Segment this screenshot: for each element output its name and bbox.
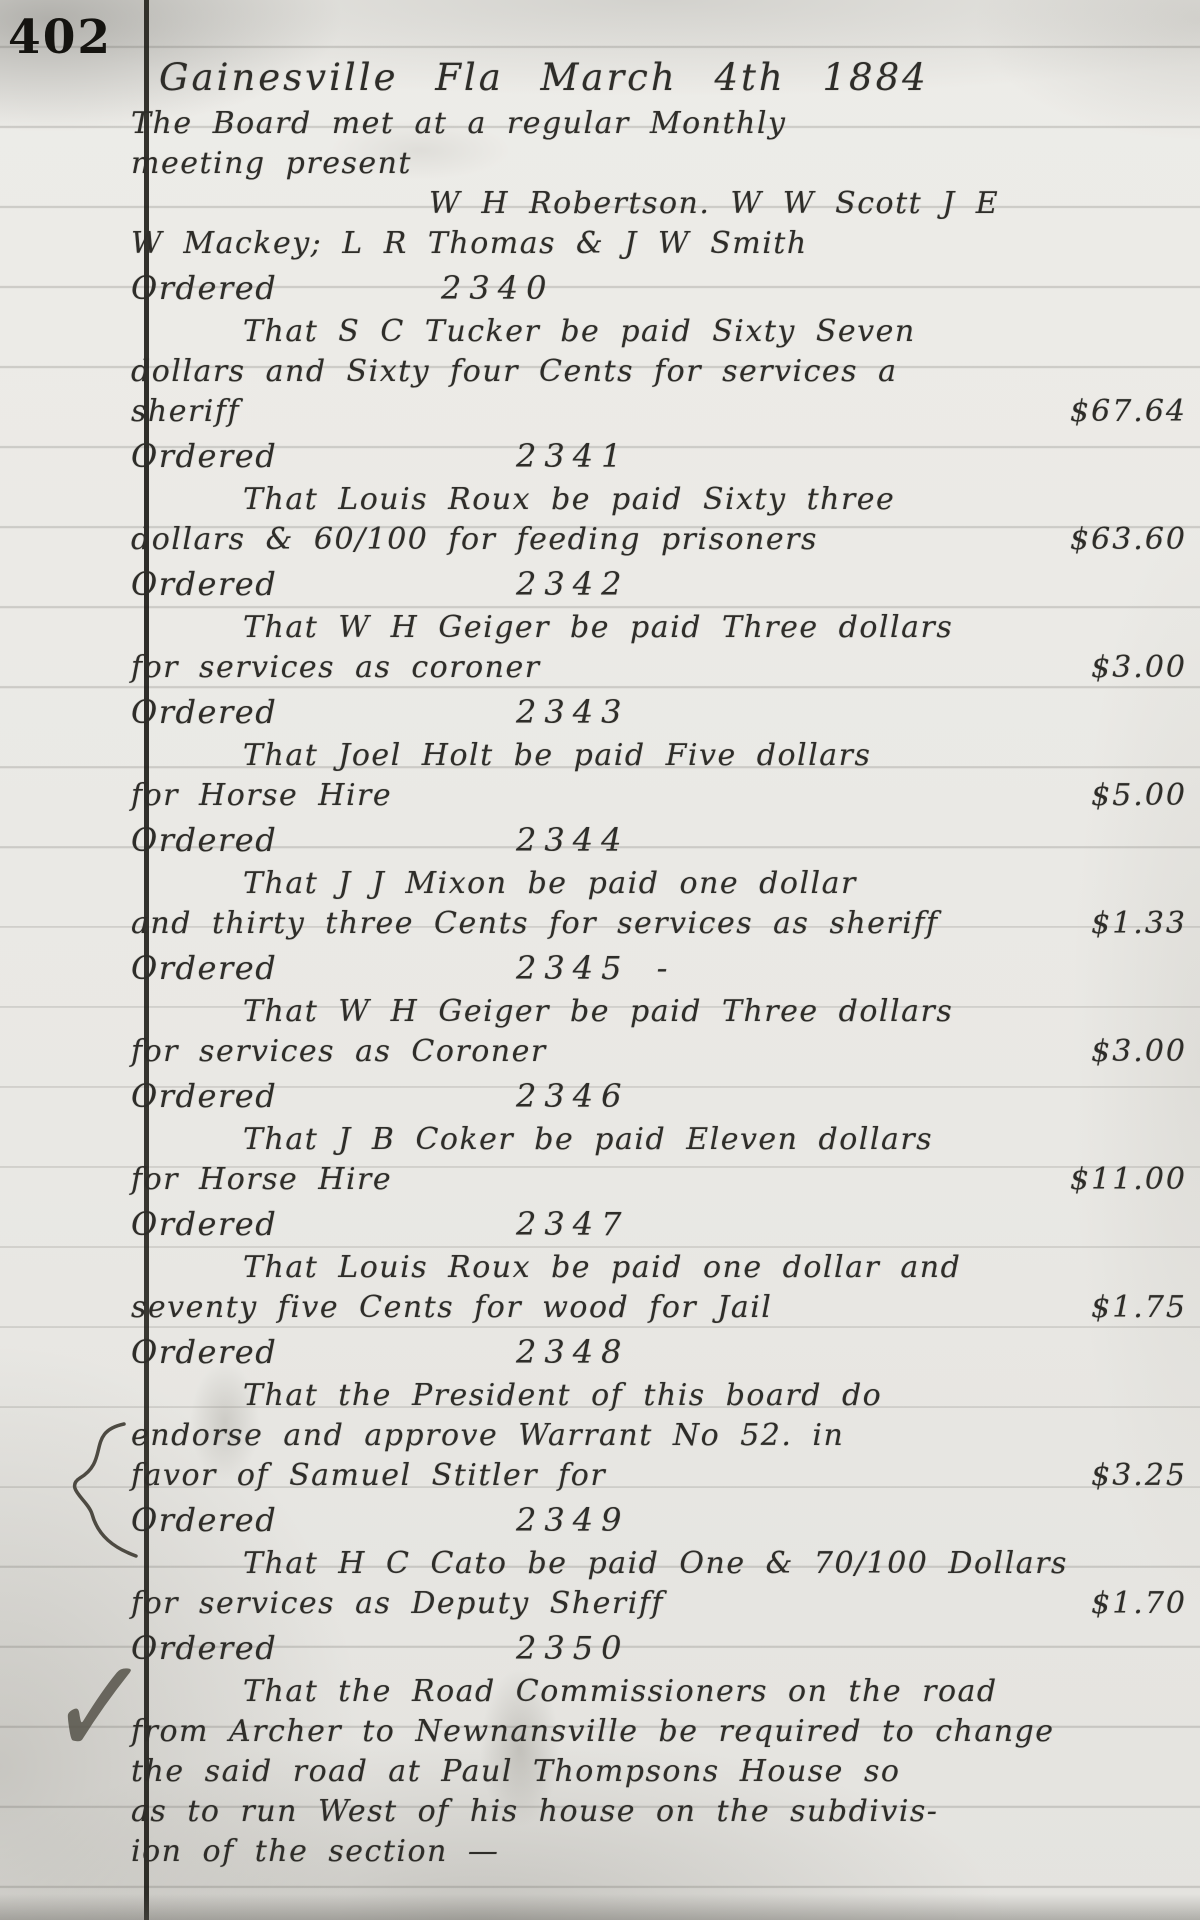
order-header: Ordered2348 [131,1330,1173,1374]
order-header: Ordered2349 [131,1498,1173,1542]
order-label: Ordered [131,821,277,859]
entry-text-line: That Joel Holt be paid Five dollars [131,736,1173,776]
order-entry-body: That W H Geiger be paid Three dollarsfor… [131,608,1173,688]
order-label: Ordered [131,1077,277,1115]
entry-amount: $63.60 [1070,520,1187,560]
order-number: 2343 [516,690,629,734]
entry-text-line: That the Road Commissioners on the road [131,1672,1173,1712]
order-entry-body: That J J Mixon be paid one dollarand thi… [131,864,1173,944]
margin-check-mark: ✓ [45,1631,154,1786]
entry-text-line: dollars & 60/100 for feeding prisoners$6… [131,520,1173,560]
entry-text-line: ion of the section — [131,1832,1173,1872]
order-number: 2347 [516,1202,629,1246]
entry-text-line: That Louis Roux be paid one dollar and [131,1248,1173,1288]
entry-text-line: for services as coroner$3.00 [131,648,1173,688]
entry-text-line: as to run West of his house on the subdi… [131,1792,1173,1832]
ledger-page: 402 Gainesville Fla March 4th 1884 The B… [0,0,1200,1920]
order-entry-body: That the Road Commissioners on the roadf… [131,1672,1173,1872]
margin-brace-mark [52,1420,152,1570]
order-label: Ordered [131,949,277,987]
entry-text-line: for services as Deputy Sheriff$1.70 [131,1584,1173,1624]
order-number: 2342 [516,562,629,606]
entry-text-line: from Archer to Newnansville be required … [131,1712,1173,1752]
order-entry-body: That W H Geiger be paid Three dollarsfor… [131,992,1173,1072]
order-number: 2340 [441,266,554,310]
entry-text-line: That J J Mixon be paid one dollar [131,864,1173,904]
order-header: Ordered2340 [131,266,1173,310]
entry-text-line: That the President of this board do [131,1376,1173,1416]
order-entry-body: That S C Tucker be paid Sixty Sevendolla… [131,312,1173,432]
entry-amount: $5.00 [1091,776,1187,816]
entry-text-line: That W H Geiger be paid Three dollars [131,992,1173,1032]
order-number: 2346 [516,1074,629,1118]
entry-text-line: the said road at Paul Thompsons House so [131,1752,1173,1792]
entry-amount: $3.00 [1091,648,1187,688]
entry-text-line: dollars and Sixty four Cents for service… [131,352,1173,392]
entry-text-line: for services as Coroner$3.00 [131,1032,1173,1072]
entry-amount: $3.25 [1091,1456,1187,1496]
entry-text-line: for Horse Hire$5.00 [131,776,1173,816]
entry-text-line: That W H Geiger be paid Three dollars [131,608,1173,648]
attendees-line: W Mackey; L R Thomas & J W Smith [131,224,1173,264]
dateline: Gainesville Fla March 4th 1884 [159,52,1173,104]
order-header: Ordered2350 [131,1626,1173,1670]
order-number: 2345 - [516,946,675,990]
entry-amount: $1.33 [1091,904,1187,944]
order-header: Ordered2347 [131,1202,1173,1246]
opening-line: meeting present [131,144,1173,184]
order-header: Ordered2341 [131,434,1173,478]
entry-text-line: That J B Coker be paid Eleven dollars [131,1120,1173,1160]
entry-text-line: sheriff$67.64 [131,392,1173,432]
order-label: Ordered [131,1205,277,1243]
order-label: Ordered [131,1501,277,1539]
entry-text-line: That S C Tucker be paid Sixty Seven [131,312,1173,352]
order-entry-body: That Joel Holt be paid Five dollarsfor H… [131,736,1173,816]
order-number: 2344 [516,818,629,862]
order-entries: Ordered2340That S C Tucker be paid Sixty… [131,266,1173,1872]
entry-text-line: That Louis Roux be paid Sixty three [131,480,1173,520]
order-label: Ordered [131,1333,277,1371]
order-header: Ordered2343 [131,690,1173,734]
order-entry-body: That J B Coker be paid Eleven dollarsfor… [131,1120,1173,1200]
order-label: Ordered [131,437,277,475]
opening-line: The Board met at a regular Monthly [131,104,1173,144]
entry-amount: $1.70 [1091,1584,1187,1624]
order-number: 2348 [516,1330,629,1374]
order-number: 2350 [516,1626,629,1670]
entry-text-line: for Horse Hire$11.00 [131,1160,1173,1200]
order-label: Ordered [131,565,277,603]
page-number: 402 [8,10,112,65]
entry-text-line: endorse and approve Warrant No 52. in [131,1416,1173,1456]
entry-amount: $11.00 [1070,1160,1187,1200]
entry-text-line: and thirty three Cents for services as s… [131,904,1173,944]
entry-amount: $3.00 [1091,1032,1187,1072]
order-header: Ordered2346 [131,1074,1173,1118]
order-label: Ordered [131,269,277,307]
entry-amount: $67.64 [1070,392,1187,432]
entry-text-line: seventy five Cents for wood for Jail$1.7… [131,1288,1173,1328]
order-entry-body: That Louis Roux be paid Sixty threedolla… [131,480,1173,560]
order-entry-body: That H C Cato be paid One & 70/100 Dolla… [131,1544,1173,1624]
order-number: 2349 [516,1498,629,1542]
order-header: Ordered2342 [131,562,1173,606]
order-entry-body: That Louis Roux be paid one dollar andse… [131,1248,1173,1328]
order-header: Ordered2344 [131,818,1173,862]
order-header: Ordered2345 - [131,946,1173,990]
entry-text-line: That H C Cato be paid One & 70/100 Dolla… [131,1544,1173,1584]
order-label: Ordered [131,693,277,731]
handwritten-content: Gainesville Fla March 4th 1884 The Board… [131,52,1173,1872]
order-number: 2341 [516,434,629,478]
attendees-line: W H Robertson. W W Scott J E [429,184,1173,224]
entry-text-line: favor of Samuel Stitler for$3.25 [131,1456,1173,1496]
order-entry-body: That the President of this board doendor… [131,1376,1173,1496]
entry-amount: $1.75 [1091,1288,1187,1328]
page-edge-shadow [0,1894,1200,1920]
